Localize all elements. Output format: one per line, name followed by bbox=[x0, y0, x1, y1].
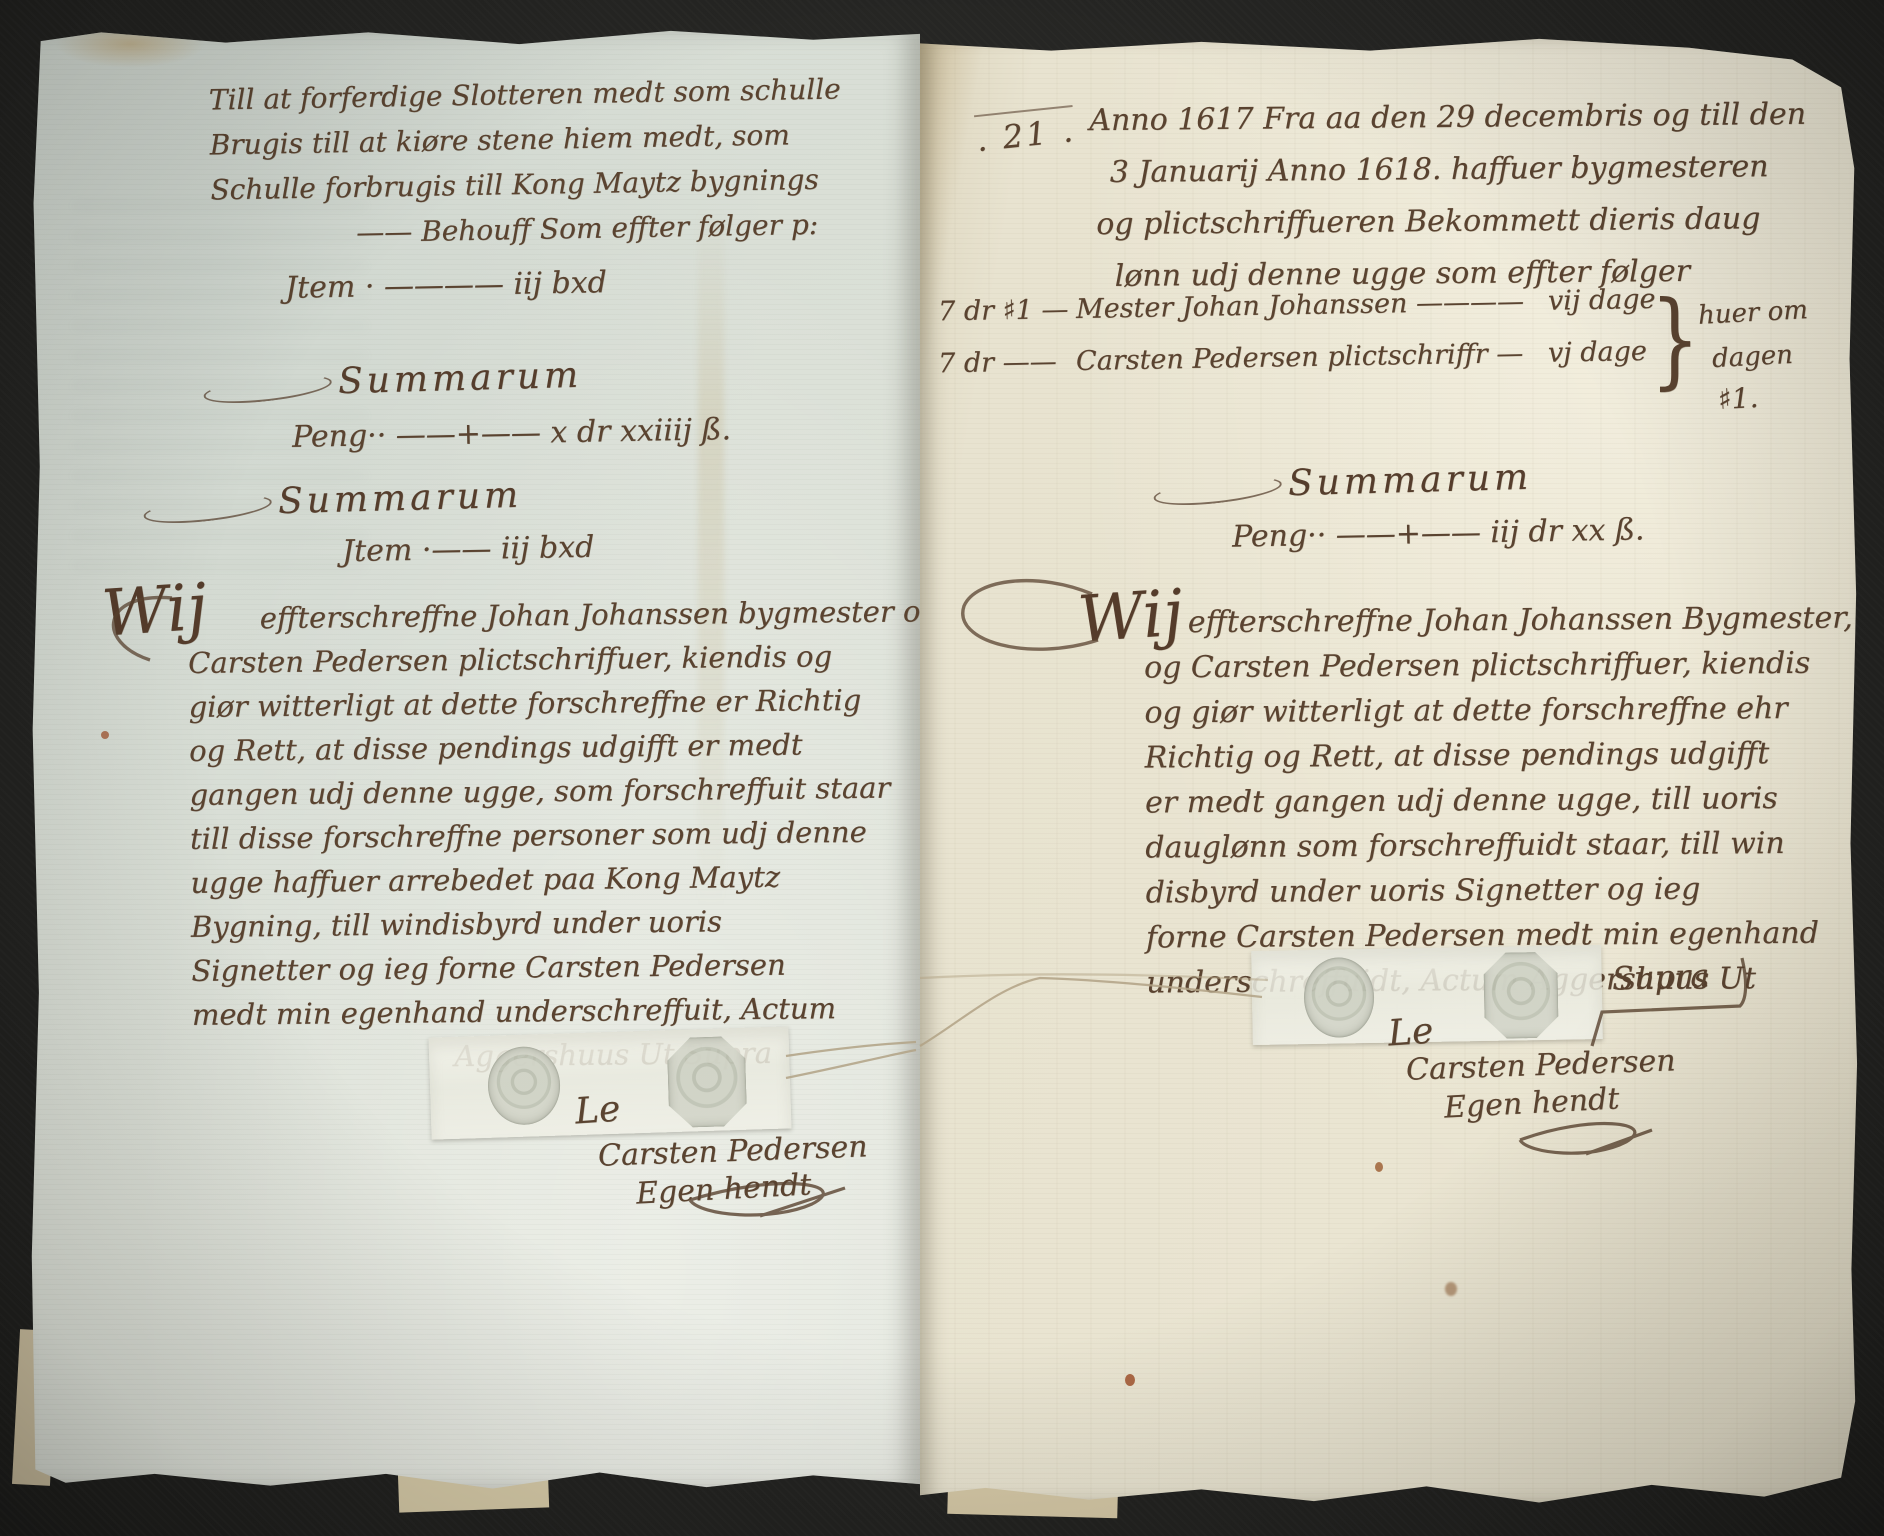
signature-subscript: Egen hendt bbox=[635, 1167, 812, 1211]
wax-seal-octagon-icon bbox=[1483, 952, 1558, 1039]
manuscript-line: Anno 1617 Fra aa den 29 decembris og til… bbox=[1089, 89, 1806, 147]
manuscript-line: dauglønn som forschreffuidt staar, till … bbox=[1145, 821, 1854, 871]
manuscript-line: Richtig og Rett, at disse pendings udgif… bbox=[1145, 731, 1854, 781]
wage-row: 7 dr —— Carsten Pedersen plictschriffr —… bbox=[938, 336, 1668, 380]
manuscript-line: gangen udj denne ugge, som forschreffuit… bbox=[189, 765, 941, 817]
manuscript-line: Signetter og ieg forne Carsten Pedersen bbox=[191, 941, 943, 993]
paper-stain bbox=[1375, 1162, 1383, 1172]
manuscript-line: disbyrd under uoris Signetter og ieg bbox=[1145, 866, 1854, 916]
manuscript-line: till disse forschreffne personer som udj… bbox=[190, 809, 942, 861]
wax-seal-octagon-icon bbox=[667, 1036, 748, 1128]
manuscript-line: Carsten Pedersen plictschriffuer, kiendi… bbox=[188, 633, 940, 685]
paper-stain bbox=[1125, 1374, 1135, 1386]
manuscript-line: 3 Januarij Anno 1618. haffuer bygmestere… bbox=[1090, 141, 1807, 199]
manuscript-line: giør witterligt at dette forschreffne er… bbox=[188, 677, 940, 729]
signature-prefix: Le bbox=[1387, 1010, 1435, 1054]
wax-seal-round-icon bbox=[487, 1046, 561, 1126]
manuscript-line: Bygning, till windisbyrd under uoris bbox=[191, 897, 943, 949]
signature-prefix: Le bbox=[574, 1088, 622, 1132]
summarum-amount: Peng·· ——+—— iij dr xx ß. bbox=[1232, 512, 1645, 554]
archival-manuscript-photo: Till at forferdige Slotteren medt som sc… bbox=[0, 0, 1884, 1536]
paper-stain bbox=[101, 731, 109, 739]
wage-amount: 7 dr ♯1 — bbox=[938, 294, 1077, 327]
page-number: . 21 . bbox=[974, 105, 1077, 159]
summarum-title: Summarum bbox=[338, 355, 583, 402]
wage-entry: Carsten Pedersen plictschriffr — bbox=[1076, 338, 1548, 377]
summarum-title: Summarum bbox=[278, 475, 523, 522]
manuscript-line: og plictschriffueren Bekommett dieris da… bbox=[1090, 193, 1807, 251]
paper-stain bbox=[55, 20, 205, 68]
manuscript-line: effterschreffne Johan Johanssen bygmeste… bbox=[187, 589, 939, 641]
signature-name: Carsten Pedersen bbox=[597, 1129, 868, 1173]
manuscript-line: Supra bbox=[1611, 956, 1710, 997]
manuscript-line: medt min egenhand underschreffuit, Actum bbox=[192, 985, 944, 1037]
signature-name: Carsten Pedersen bbox=[1405, 1043, 1676, 1087]
manuscript-line: og giør witterligt at dette forschreffne… bbox=[1144, 686, 1853, 736]
manuscript-line: er medt gangen udj denne ugge, till uori… bbox=[1145, 776, 1854, 826]
summarum-amount: Peng·· ——+—— x dr xxiiij ß. bbox=[292, 412, 732, 455]
wax-seal-round-icon bbox=[1303, 957, 1374, 1038]
summarum-amount: Jtem ·—— iij bxd bbox=[342, 530, 595, 569]
wage-row: 7 dr ♯1 — Mester Johan Johanssen ———— vi… bbox=[938, 284, 1668, 328]
brace-note-line: dagen bbox=[1711, 340, 1793, 374]
paper-stain bbox=[1445, 1282, 1457, 1296]
wage-amount: 7 dr —— bbox=[938, 346, 1077, 379]
right-page: . 21 . Anno 1617 Fra aa den 29 decembris… bbox=[920, 36, 1858, 1504]
signature-subscript: Egen hendt bbox=[1443, 1081, 1620, 1125]
manuscript-line: og Carsten Pedersen plictschriffuer, kie… bbox=[1144, 641, 1853, 691]
manuscript-line: ugge haffuer arrebedet paa Kong Maytz bbox=[190, 853, 942, 905]
manuscript-line: —— Behouff Som effter følger p: bbox=[356, 201, 844, 254]
grouping-brace: } bbox=[1650, 278, 1700, 400]
manuscript-line: effterschreffne Johan Johanssen Bygmeste… bbox=[1144, 596, 1853, 646]
manuscript-line: Jtem · ———— iij bxd bbox=[285, 265, 607, 306]
summarum-title: Summarum bbox=[1288, 457, 1533, 504]
brace-note-line: huer om bbox=[1697, 295, 1808, 331]
left-page: Till at forferdige Slotteren medt som sc… bbox=[30, 28, 920, 1490]
brace-note-line: ♯1. bbox=[1717, 381, 1759, 416]
manuscript-line: og Rett, at disse pendings udgifft er me… bbox=[189, 721, 941, 773]
